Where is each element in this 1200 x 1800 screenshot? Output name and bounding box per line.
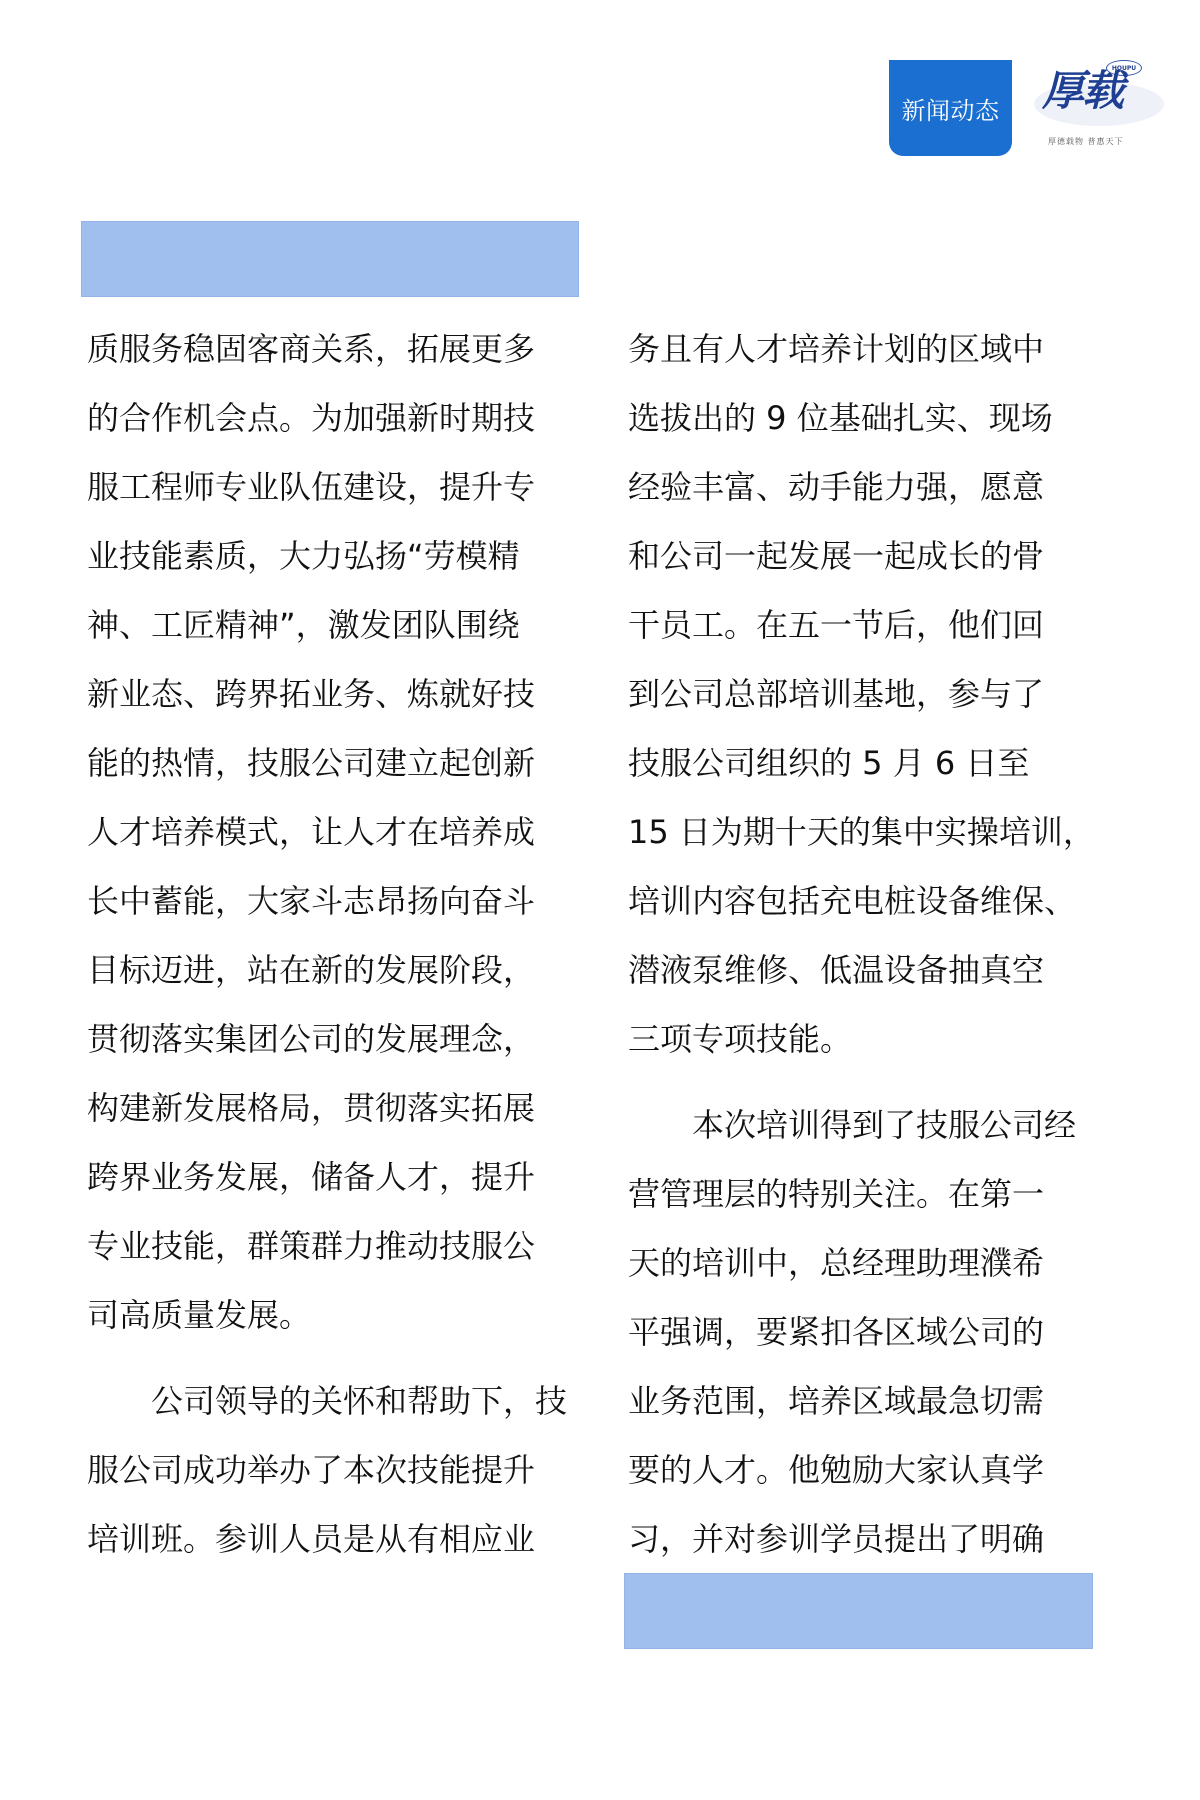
text-line: 要的人才。他勉励大家认真学 <box>628 1436 1098 1505</box>
logo-slogan: 厚德载物 普惠天下 <box>1048 136 1124 147</box>
text-line: 新业态、跨界拓业务、炼就好技 <box>87 660 587 729</box>
decorative-band-top <box>81 221 579 297</box>
text-line: 培训内容包括充电桩设备维保、 <box>628 867 1098 936</box>
company-logo: HOUPU 厚载 厚德载物 普惠天下 <box>1028 56 1193 156</box>
paragraph: 质服务稳固客商关系，拓展更多 的合作机会点。为加强新时期技 服工程师专业队伍建设… <box>87 315 587 1350</box>
paragraph-spacer <box>87 1350 587 1367</box>
text-line: 经验丰富、动手能力强，愿意 <box>628 453 1098 522</box>
text-line: 能的热情，技服公司建立起创新 <box>87 729 587 798</box>
text-line: 公司领导的关怀和帮助下，技 <box>87 1367 587 1436</box>
text-line: 干员工。在五一节后，他们回 <box>628 591 1098 660</box>
text-line: 质服务稳固客商关系，拓展更多 <box>87 315 587 384</box>
decorative-band-bottom <box>624 1573 1093 1649</box>
article-column-left: 质服务稳固客商关系，拓展更多 的合作机会点。为加强新时期技 服工程师专业队伍建设… <box>87 315 587 1574</box>
text-line: 构建新发展格局，贯彻落实拓展 <box>87 1074 587 1143</box>
text-line: 务且有人才培养计划的区域中 <box>628 315 1098 384</box>
text-line: 贯彻落实集团公司的发展理念， <box>87 1005 587 1074</box>
paragraph: 务且有人才培养计划的区域中 选拔出的 9 位基础扎实、现场 经验丰富、动手能力强… <box>628 315 1098 1074</box>
text-line: 专业技能，群策群力推动技服公 <box>87 1212 587 1281</box>
text-line: 平强调，要紧扣各区域公司的 <box>628 1298 1098 1367</box>
text-line: 业技能素质，大力弘扬“劳模精 <box>87 522 587 591</box>
text-line: 培训班。参训人员是从有相应业 <box>87 1505 587 1574</box>
text-line: 神、工匠精神”，激发团队围绕 <box>87 591 587 660</box>
paragraph-spacer <box>628 1074 1098 1091</box>
text-line: 司高质量发展。 <box>87 1281 587 1350</box>
text-line: 和公司一起发展一起成长的骨 <box>628 522 1098 591</box>
logo-calligraphy: 厚载 <box>1042 70 1122 112</box>
text-line: 长中蓄能，大家斗志昂扬向奋斗 <box>87 867 587 936</box>
text-line: 到公司总部培训基地，参与了 <box>628 660 1098 729</box>
text-line: 的合作机会点。为加强新时期技 <box>87 384 587 453</box>
section-tag-news: 新闻动态 <box>889 60 1012 156</box>
paragraph: 本次培训得到了技服公司经 营管理层的特别关注。在第一 天的培训中，总经理助理濮希… <box>628 1091 1098 1574</box>
text-line: 跨界业务发展，储备人才，提升 <box>87 1143 587 1212</box>
text-line: 技服公司组织的 5 月 6 日至 <box>628 729 1098 798</box>
text-line: 本次培训得到了技服公司经 <box>628 1091 1098 1160</box>
text-line: 人才培养模式，让人才在培养成 <box>87 798 587 867</box>
text-line: 三项专项技能。 <box>628 1005 1098 1074</box>
paragraph: 公司领导的关怀和帮助下，技 服公司成功举办了本次技能提升 培训班。参训人员是从有… <box>87 1367 587 1574</box>
text-line: 业务范围，培养区域最急切需 <box>628 1367 1098 1436</box>
text-line: 天的培训中，总经理助理濮希 <box>628 1229 1098 1298</box>
text-line: 服公司成功举办了本次技能提升 <box>87 1436 587 1505</box>
text-line: 习，并对参训学员提出了明确 <box>628 1505 1098 1574</box>
text-line: 服工程师专业队伍建设，提升专 <box>87 453 587 522</box>
text-line: 目标迈进，站在新的发展阶段， <box>87 936 587 1005</box>
text-line: 潜液泵维修、低温设备抽真空 <box>628 936 1098 1005</box>
article-column-right: 务且有人才培养计划的区域中 选拔出的 9 位基础扎实、现场 经验丰富、动手能力强… <box>628 315 1098 1574</box>
text-line: 营管理层的特别关注。在第一 <box>628 1160 1098 1229</box>
text-line: 15 日为期十天的集中实操培训， <box>628 798 1098 867</box>
text-line: 选拔出的 9 位基础扎实、现场 <box>628 384 1098 453</box>
